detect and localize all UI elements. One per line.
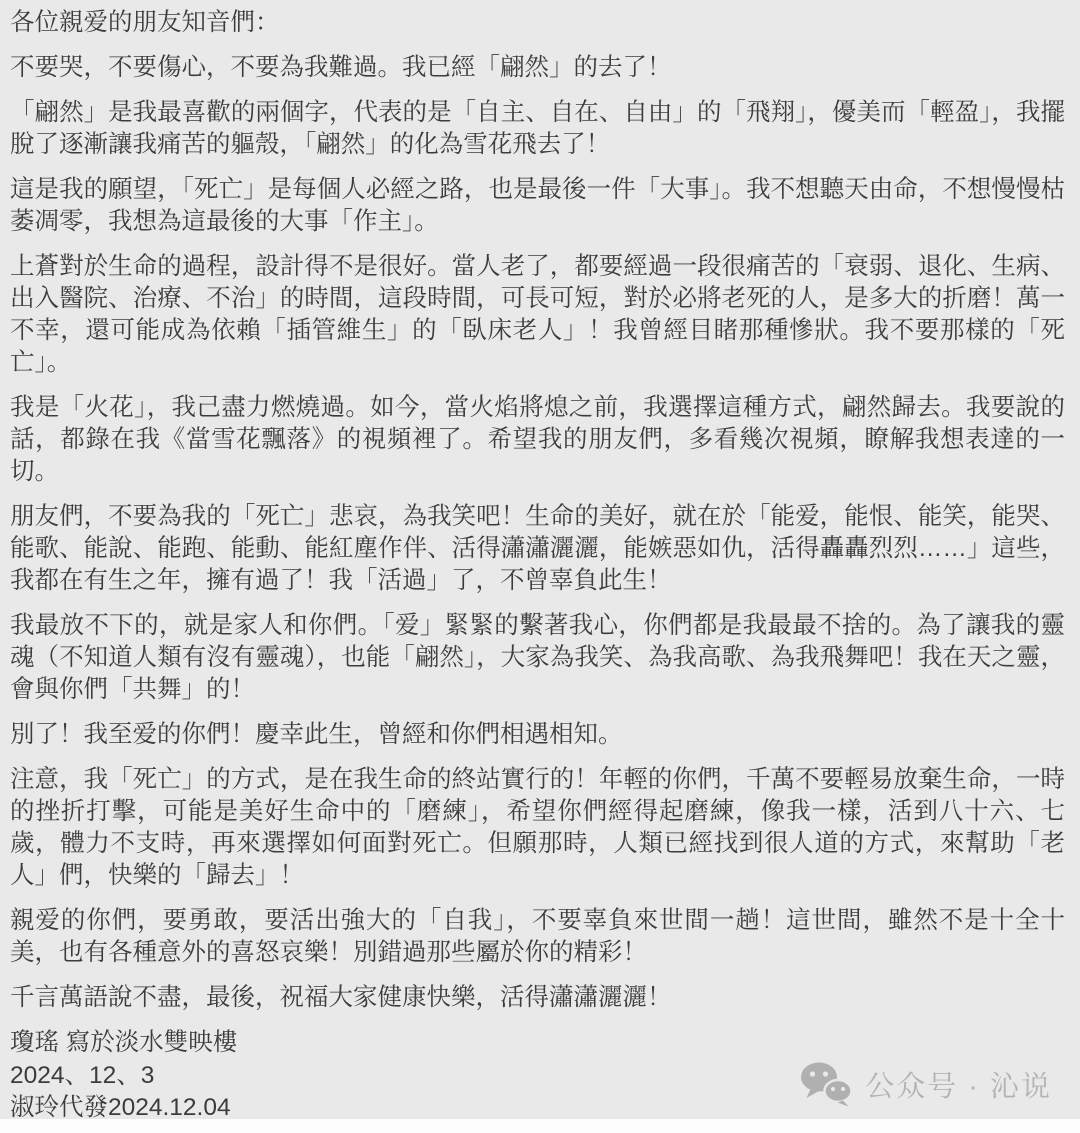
- letter-paragraphs: 各位親爱的朋友知音們：不要哭，不要傷心，不要為我難過。我已經「翩然」的去了！「翩…: [10, 7, 1065, 1014]
- letter-paragraph: 這是我的願望，「死亡」是每個人必經之路，也是最後一件「大事」。我不想聽天由命，不…: [10, 174, 1065, 238]
- watermark: 公众号 · 沁说: [799, 1061, 1052, 1107]
- letter-paragraph: 我是「火花」，我己盡力燃燒過。如今，當火焰將熄之前，我選擇這種方式，翩然歸去。我…: [10, 392, 1065, 488]
- letter-paragraph: 注意，我「死亡」的方式，是在我生命的終站實行的！年輕的你們，千萬不要輕易放棄生命…: [10, 764, 1065, 892]
- letter-page: 各位親爱的朋友知音們：不要哭，不要傷心，不要為我難過。我已經「翩然」的去了！「翩…: [0, 0, 1080, 1133]
- letter-paragraph: 各位親爱的朋友知音們：: [10, 7, 1065, 39]
- letter-paragraph: 「翩然」是我最喜歡的兩個字，代表的是「自主、自在、自由」的「飛翔」，優美而「輕盈…: [10, 97, 1065, 161]
- letter-paragraph: 不要哭，不要傷心，不要為我難過。我已經「翩然」的去了！: [10, 52, 1065, 84]
- watermark-label: 公众号 · 沁说: [865, 1064, 1052, 1105]
- letter-paragraph: 朋友們，不要為我的「死亡」悲哀，為我笑吧！生命的美好，就在於「能爱，能恨、能笑，…: [10, 501, 1065, 597]
- letter-paragraph: 別了！我至爱的你們！慶幸此生，曾經和你們相遇相知。: [10, 719, 1065, 751]
- wechat-icon: [799, 1061, 853, 1107]
- bottom-strip: [0, 1119, 1080, 1133]
- letter-paragraph: 親爱的你們，要勇敢，要活出強大的「自我」，不要辜負來世間一趟！這世間，雖然不是十…: [10, 905, 1065, 969]
- letter-paragraph: 我最放不下的，就是家人和你們。「爱」緊緊的繫著我心，你們都是我最最不捨的。為了讓…: [10, 610, 1065, 706]
- letter-paragraph: 千言萬語說不盡，最後，祝福大家健康快樂，活得瀟瀟灑灑！: [10, 982, 1065, 1014]
- letter-body: 各位親爱的朋友知音們：不要哭，不要傷心，不要為我難過。我已經「翩然」的去了！「翩…: [10, 7, 1065, 1125]
- letter-paragraph: 上蒼對於生命的過程，設計得不是很好。當人老了，都要經過一段很痛苦的「衰弱、退化、…: [10, 251, 1065, 379]
- signature-author: 瓊瑤 寫於淡水雙映樓: [10, 1027, 1065, 1060]
